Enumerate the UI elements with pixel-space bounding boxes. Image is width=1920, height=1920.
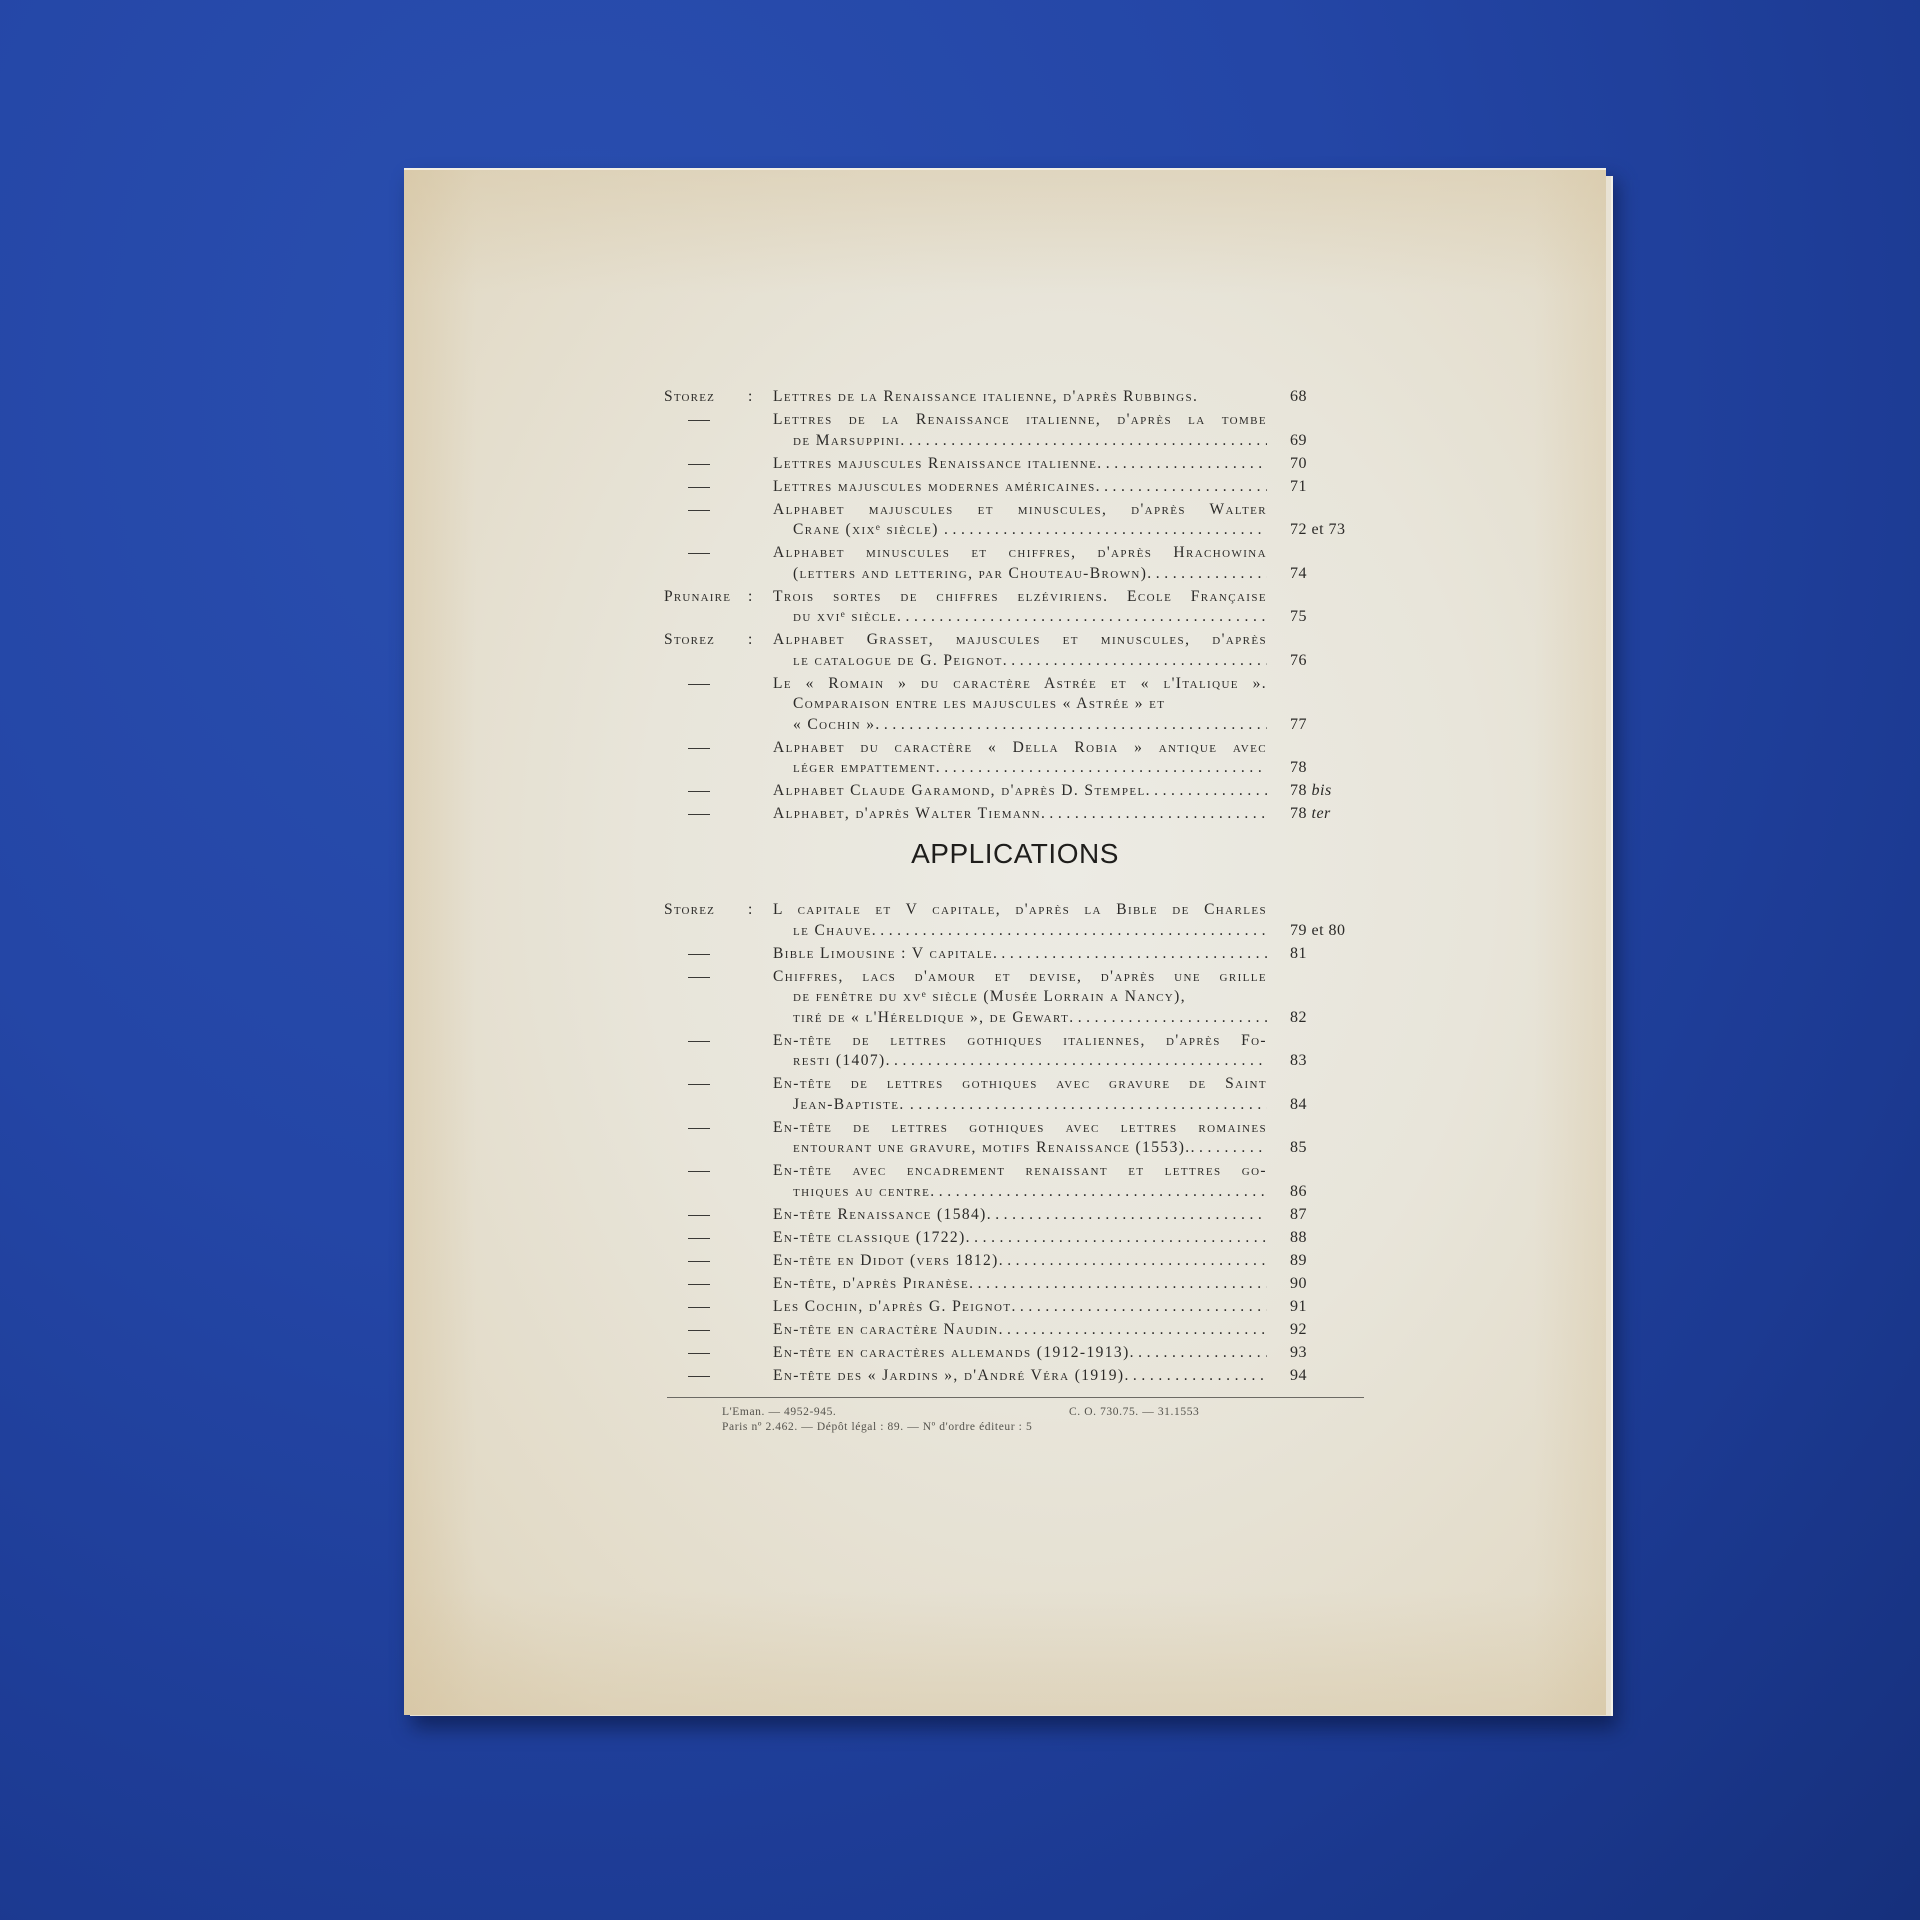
entry-author: Storez bbox=[664, 388, 715, 406]
ditto-dash bbox=[688, 1238, 710, 1239]
leader-dots: ........................................… bbox=[969, 1275, 1267, 1292]
page-number: 84 bbox=[1290, 1096, 1307, 1114]
page-number: 72 et 73 bbox=[1290, 521, 1346, 539]
leader-dots: ........................................… bbox=[999, 1321, 1267, 1338]
leader-dots: ........................................… bbox=[1096, 478, 1267, 495]
entry-title-line: Alphabet Grasset, majuscules et minuscul… bbox=[773, 631, 1267, 649]
entry-title-line: Alphabet Claude Garamond, d'après D. Ste… bbox=[773, 782, 1267, 800]
author-colon: : bbox=[748, 901, 752, 919]
page-number: 78 bis bbox=[1290, 782, 1332, 800]
ditto-dash bbox=[688, 954, 710, 955]
author-colon: : bbox=[748, 388, 752, 406]
page-number: 74 bbox=[1290, 565, 1307, 583]
ditto-dash bbox=[688, 510, 710, 511]
leader-dots: ........................................… bbox=[1146, 782, 1267, 799]
leader-dots: ........................................… bbox=[1130, 1344, 1267, 1361]
entry-title-line: (letters and lettering, par Chouteau-Bro… bbox=[793, 565, 1267, 583]
leader-dots: ........................................… bbox=[1191, 1139, 1267, 1156]
entry-title-line: tiré de « l'Héreldique », de Gewart.....… bbox=[793, 1009, 1267, 1027]
page-suffix: bis bbox=[1307, 782, 1332, 799]
entry-title-line: Le « Romain » du caractère Astrée et « l… bbox=[773, 675, 1267, 693]
entry-title-line: L capitale et V capitale, d'après la Bib… bbox=[773, 901, 1267, 919]
footer-code: C. O. 730.75. — 31.1553 bbox=[1069, 1406, 1199, 1418]
leader-dots: ........................................… bbox=[936, 759, 1267, 776]
ditto-dash bbox=[688, 553, 710, 554]
entry-title-line: En-tête avec encadrement renaissant et l… bbox=[773, 1162, 1267, 1180]
author-colon: : bbox=[748, 588, 752, 606]
entry-title-line: Alphabet du caractère « Della Robia » an… bbox=[773, 739, 1267, 757]
ditto-dash bbox=[688, 684, 710, 685]
toc-entry: Storez:Alphabet Grasset, majuscules et m… bbox=[404, 631, 1606, 672]
toc-entry: Alphabet du caractère « Della Robia » an… bbox=[404, 739, 1606, 780]
ditto-dash bbox=[688, 464, 710, 465]
page-number: 88 bbox=[1290, 1229, 1307, 1247]
ditto-dash bbox=[688, 977, 710, 978]
ditto-dash bbox=[688, 1261, 710, 1262]
entry-title-line: léger empattement.......................… bbox=[793, 759, 1267, 777]
toc-entry: Le « Romain » du caractère Astrée et « l… bbox=[404, 675, 1606, 737]
toc-entry: En-tête classique (1722)................… bbox=[404, 1229, 1606, 1250]
page-number: 71 bbox=[1290, 478, 1307, 496]
ditto-dash bbox=[688, 487, 710, 488]
entry-title-line: En-tête en caractères allemands (1912-19… bbox=[773, 1344, 1267, 1362]
toc-entry: Chiffres, lacs d'amour et devise, d'aprè… bbox=[404, 968, 1606, 1030]
leader-dots: ........................................… bbox=[897, 608, 1267, 625]
entry-title-line: le Chauve...............................… bbox=[793, 922, 1267, 940]
entry-title-line: En-tête de lettres gothiques italiennes,… bbox=[773, 1032, 1267, 1050]
entry-title-line: resti (1407)............................… bbox=[793, 1052, 1267, 1070]
leader-dots: ........................................… bbox=[1069, 1009, 1267, 1026]
leader-dots: ........................................… bbox=[1041, 805, 1267, 822]
ditto-dash bbox=[688, 1353, 710, 1354]
entry-title-line: En-tête de lettres gothiques avec gravur… bbox=[773, 1075, 1267, 1093]
entry-title-line: Les Cochin, d'après G. Peignot..........… bbox=[773, 1298, 1267, 1316]
ditto-dash bbox=[688, 420, 710, 421]
ditto-dash bbox=[688, 1376, 710, 1377]
leader-dots: ........................................… bbox=[1097, 455, 1267, 472]
leader-dots: ........................................… bbox=[900, 432, 1267, 449]
page-number: 94 bbox=[1290, 1367, 1307, 1385]
entry-title-line: Chiffres, lacs d'amour et devise, d'aprè… bbox=[773, 968, 1267, 986]
entry-title-line: Crane (xixᵉ siècle) ....................… bbox=[793, 521, 1267, 539]
entry-title-line: Alphabet minuscules et chiffres, d'après… bbox=[773, 544, 1267, 562]
toc-entry: En-tête en caractère Naudin.............… bbox=[404, 1321, 1606, 1342]
leader-dots: ........................................… bbox=[1147, 565, 1267, 582]
entry-title-line: En-tête de lettres gothiques avec lettre… bbox=[773, 1119, 1267, 1137]
footer-rule bbox=[667, 1397, 1364, 1398]
leader-dots: ........................................… bbox=[987, 1206, 1267, 1223]
entry-title-line: Alphabet, d'après Walter Tiemann........… bbox=[773, 805, 1267, 823]
ditto-dash bbox=[688, 1128, 710, 1129]
entry-title-line: Lettres de la Renaissance italienne, d'a… bbox=[773, 388, 1267, 406]
toc-entry: Alphabet, d'après Walter Tiemann........… bbox=[404, 805, 1606, 826]
entry-title-line: Alphabet majuscules et minuscules, d'apr… bbox=[773, 501, 1267, 519]
toc-entry: Alphabet majuscules et minuscules, d'apr… bbox=[404, 501, 1606, 542]
page-number: 77 bbox=[1290, 716, 1307, 734]
leader-dots: ........................................… bbox=[944, 521, 1267, 538]
entry-title-line: En-tête en Didot (vers 1812)............… bbox=[773, 1252, 1267, 1270]
book-page: Storez:Lettres de la Renaissance italien… bbox=[404, 168, 1606, 1715]
toc-entry: Storez:Lettres de la Renaissance italien… bbox=[404, 388, 1606, 409]
entry-title-line: Bible Limousine : V capitale............… bbox=[773, 945, 1267, 963]
page-number: 89 bbox=[1290, 1252, 1307, 1270]
ditto-dash bbox=[688, 791, 710, 792]
page-number: 83 bbox=[1290, 1052, 1307, 1070]
ditto-dash bbox=[688, 814, 710, 815]
footer-legal: Paris nº 2.462. — Dépôt légal : 89. — Nº… bbox=[722, 1421, 1032, 1433]
toc-entry: En-tête de lettres gothiques avec gravur… bbox=[404, 1075, 1606, 1116]
page-number: 92 bbox=[1290, 1321, 1307, 1339]
entry-author: Storez bbox=[664, 631, 715, 649]
leader-dots: ........................................… bbox=[872, 922, 1267, 939]
entry-author: Storez bbox=[664, 901, 715, 919]
leader-dots: ........................................… bbox=[875, 716, 1267, 733]
toc-entry: Alphabet minuscules et chiffres, d'après… bbox=[404, 544, 1606, 585]
toc-entry: En-tête en Didot (vers 1812)............… bbox=[404, 1252, 1606, 1273]
toc-entry: En-tête avec encadrement renaissant et l… bbox=[404, 1162, 1606, 1203]
ditto-dash bbox=[688, 1307, 710, 1308]
ditto-dash bbox=[688, 1284, 710, 1285]
entry-author: Prunaire bbox=[664, 588, 731, 606]
page-number: 69 bbox=[1290, 432, 1307, 450]
toc-entry: En-tête de lettres gothiques italiennes,… bbox=[404, 1032, 1606, 1073]
page-number: 68 bbox=[1290, 388, 1307, 406]
toc-entry: En-tête Renaissance (1584)..............… bbox=[404, 1206, 1606, 1227]
toc-entry: Alphabet Claude Garamond, d'après D. Ste… bbox=[404, 782, 1606, 803]
page-suffix: ter bbox=[1307, 805, 1331, 822]
ditto-dash bbox=[688, 1171, 710, 1172]
footer-printer: L'Eman. — 4952-945. bbox=[722, 1406, 836, 1418]
entry-title-line: Lettres majuscules modernes américaines.… bbox=[773, 478, 1267, 496]
ditto-dash bbox=[688, 1215, 710, 1216]
toc-entry: Bible Limousine : V capitale............… bbox=[404, 945, 1606, 966]
page-number: 70 bbox=[1290, 455, 1307, 473]
toc-entry: Storez:L capitale et V capitale, d'après… bbox=[404, 901, 1606, 942]
leader-dots: ........................................… bbox=[1124, 1367, 1267, 1384]
leader-dots: ........................................… bbox=[966, 1229, 1267, 1246]
toc-entry: Lettres majuscules Renaissance italienne… bbox=[404, 455, 1606, 476]
entry-title-line: de fenêtre du xvᵉ siècle (Musée Lorrain … bbox=[793, 988, 1267, 1006]
page-number: 81 bbox=[1290, 945, 1307, 963]
entry-title-line: En-tête, d'après Piranèse...............… bbox=[773, 1275, 1267, 1293]
section-heading-applications: APPLICATIONS bbox=[414, 838, 1616, 870]
entry-title-line: Comparaison entre les majuscules « Astré… bbox=[793, 695, 1267, 713]
entry-title-line: du xviᵉ siècle..........................… bbox=[793, 608, 1267, 626]
toc-entry: En-tête de lettres gothiques avec lettre… bbox=[404, 1119, 1606, 1160]
page-number: 86 bbox=[1290, 1183, 1307, 1201]
entry-title-line: Lettres majuscules Renaissance italienne… bbox=[773, 455, 1267, 473]
page-number: 90 bbox=[1290, 1275, 1307, 1293]
leader-dots: ........................................… bbox=[993, 945, 1267, 962]
toc-entry: En-tête en caractères allemands (1912-19… bbox=[404, 1344, 1606, 1365]
ditto-dash bbox=[688, 1330, 710, 1331]
entry-title-line: entourant une gravure, motifs Renaissanc… bbox=[793, 1139, 1267, 1157]
page-number: 78 ter bbox=[1290, 805, 1331, 823]
page-number: 76 bbox=[1290, 652, 1307, 670]
page-number: 78 bbox=[1290, 759, 1307, 777]
entry-title-line: En-tête Renaissance (1584)..............… bbox=[773, 1206, 1267, 1224]
toc-entry: En-tête des « Jardins », d'André Véra (1… bbox=[404, 1367, 1606, 1388]
entry-title-line: de Marsuppini...........................… bbox=[793, 432, 1267, 450]
leader-dots: ........................................… bbox=[999, 1252, 1267, 1269]
toc-entry: Lettres de la Renaissance italienne, d'a… bbox=[404, 411, 1606, 452]
leader-dots: ........................................… bbox=[930, 1183, 1267, 1200]
toc-entry: Les Cochin, d'après G. Peignot..........… bbox=[404, 1298, 1606, 1319]
page-number: 79 et 80 bbox=[1290, 922, 1346, 940]
entry-title-line: En-tête des « Jardins », d'André Véra (1… bbox=[773, 1367, 1267, 1385]
toc-entry: Prunaire:Trois sortes de chiffres elzévi… bbox=[404, 588, 1606, 629]
leader-dots: ........................................… bbox=[886, 1052, 1267, 1069]
entry-title-line: Lettres de la Renaissance italienne, d'a… bbox=[773, 411, 1267, 429]
entry-title-line: En-tête en caractère Naudin.............… bbox=[773, 1321, 1267, 1339]
ditto-dash bbox=[688, 1084, 710, 1085]
entry-title-line: thiques au centre.......................… bbox=[793, 1183, 1267, 1201]
page-number: 91 bbox=[1290, 1298, 1307, 1316]
toc-entry: En-tête, d'après Piranèse...............… bbox=[404, 1275, 1606, 1296]
entry-title-line: le catalogue de G. Peignot..............… bbox=[793, 652, 1267, 670]
page-number: 75 bbox=[1290, 608, 1307, 626]
page-number: 93 bbox=[1290, 1344, 1307, 1362]
entry-title-line: « Cochin »..............................… bbox=[793, 716, 1267, 734]
leader-dots: ........................................… bbox=[1011, 1298, 1267, 1315]
entry-title-line: Jean-Baptiste. .........................… bbox=[793, 1096, 1267, 1114]
leader-dots: ........................................… bbox=[910, 1096, 1267, 1113]
author-colon: : bbox=[748, 631, 752, 649]
entry-title-line: Trois sortes de chiffres elzéviriens. Ec… bbox=[773, 588, 1267, 606]
ditto-dash bbox=[688, 1041, 710, 1042]
ditto-dash bbox=[688, 748, 710, 749]
page-number: 85 bbox=[1290, 1139, 1307, 1157]
leader-dots: ........................................… bbox=[1003, 652, 1267, 669]
page-number: 87 bbox=[1290, 1206, 1307, 1224]
page-number: 82 bbox=[1290, 1009, 1307, 1027]
toc-entry: Lettres majuscules modernes américaines.… bbox=[404, 478, 1606, 499]
entry-title-line: En-tête classique (1722)................… bbox=[773, 1229, 1267, 1247]
